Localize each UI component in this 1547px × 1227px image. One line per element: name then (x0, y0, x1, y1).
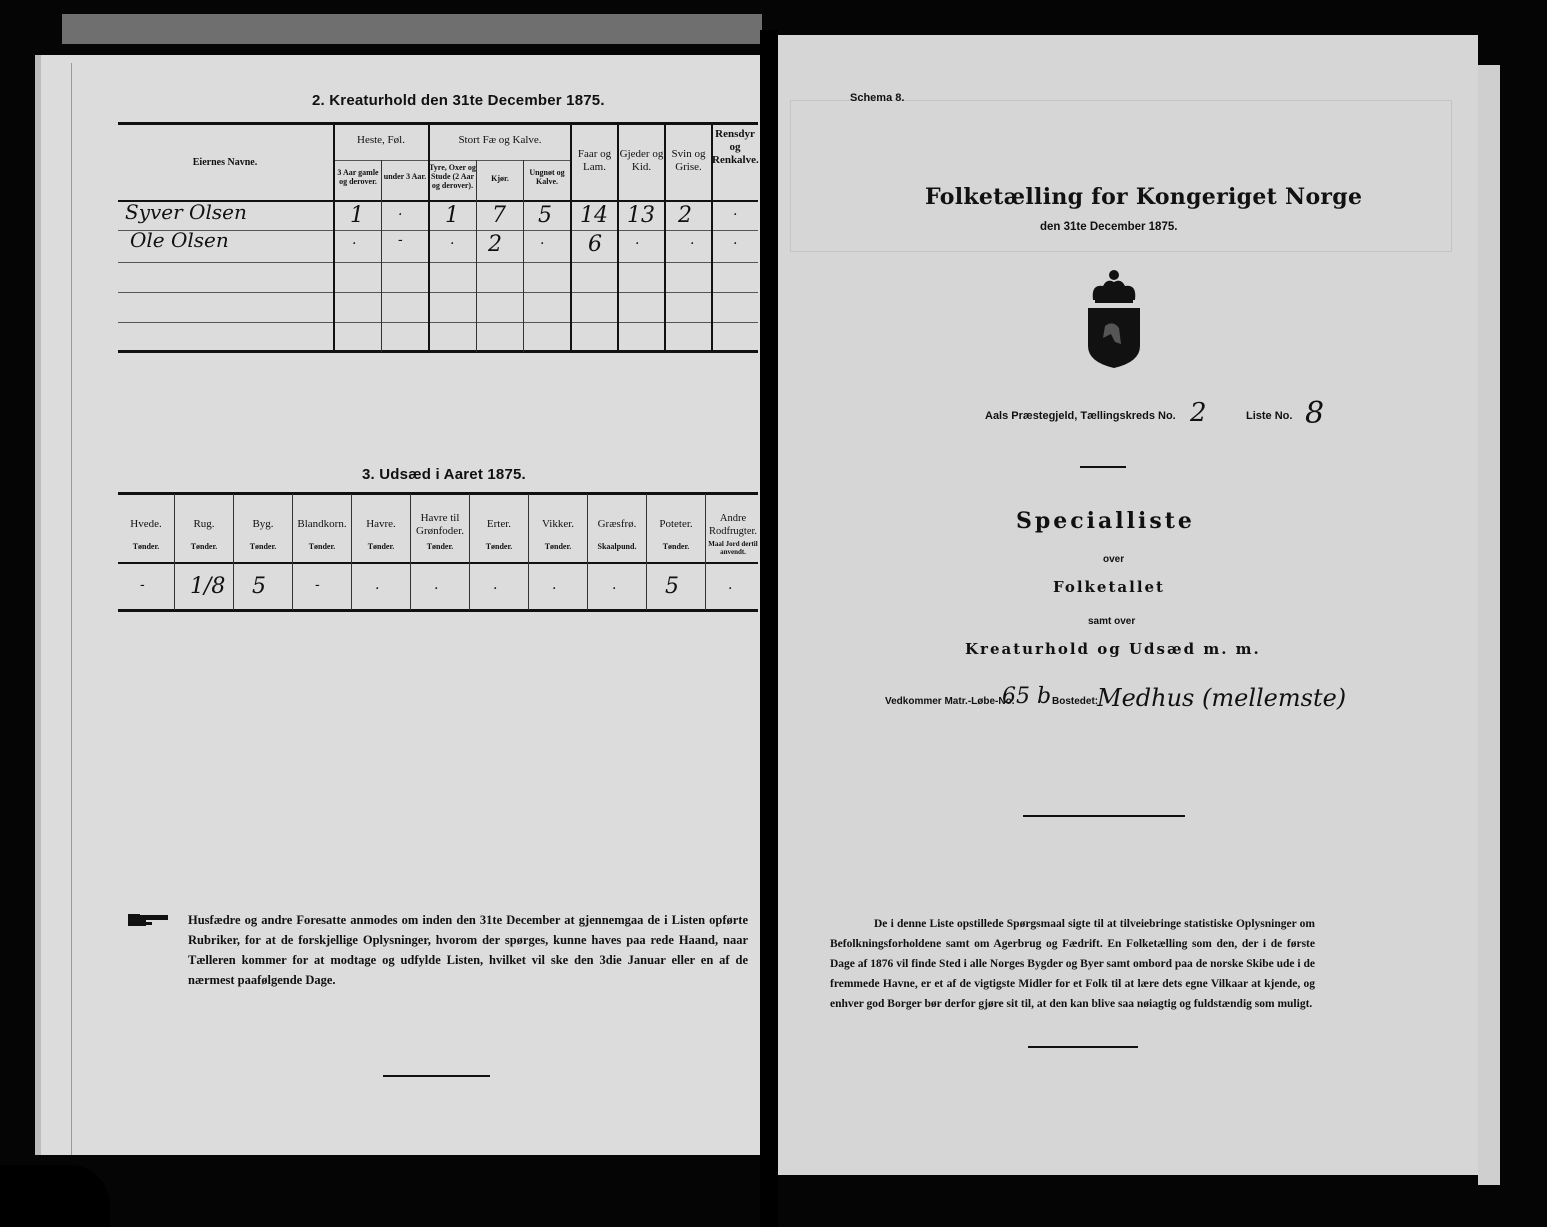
page-edge (1478, 65, 1500, 1185)
census-date: den 31te December 1875. (1040, 221, 1177, 233)
col-mixed-grain-header: Blandkorn. (293, 518, 351, 531)
col-peas-header: Erter. (470, 518, 528, 531)
col-potatoes-header: Poteter. (647, 518, 705, 531)
col-vetch-header: Vikker. (529, 518, 587, 531)
samt-over-label: samt over (1088, 616, 1135, 627)
value-vetch: . (552, 577, 556, 593)
row-rule (118, 262, 758, 263)
divider (1080, 466, 1126, 468)
row2-goats: . (635, 232, 639, 248)
thumb-shadow (0, 1165, 110, 1227)
col-reindeer-header: Rensdyr og Renkalve. (712, 128, 758, 167)
row1-calves: 5 (538, 203, 552, 228)
col-calves-header: Ungnøt og Kalve. (524, 168, 570, 186)
col-rule (233, 494, 234, 610)
table-bottom-rule (118, 350, 758, 353)
specialliste-heading: Specialliste (1016, 508, 1195, 534)
row2-pigs: . (690, 232, 694, 248)
row1-goats: 13 (627, 203, 655, 228)
matr-label: Vedkommer Matr.-Løbe-No. (885, 696, 1014, 707)
census-title: Folketælling for Kongeriget Norge (925, 184, 1362, 210)
book-top-edge (62, 14, 762, 44)
divider (1028, 1046, 1138, 1048)
col-goats-header: Gjeder og Kid. (619, 148, 664, 174)
row1-horses-old: 1 (350, 203, 364, 228)
col-cattle-header: Stort Fæ og Kalve. (430, 134, 570, 147)
matr-number: 65 b (1002, 684, 1051, 709)
col-barley-unit: Tønder. (234, 542, 292, 551)
col-root-crops-header: Andre Rodfrugter. (706, 512, 760, 538)
value-grass-seed: . (612, 577, 616, 593)
value-barley: 5 (252, 574, 266, 599)
col-grass-seed-unit: Skaalpund. (588, 542, 646, 551)
col-pigs-header: Svin og Grise. (666, 148, 711, 174)
col-rule (646, 494, 647, 610)
row2-horses-old: . (352, 232, 356, 248)
col-rule (292, 494, 293, 610)
info-paragraph: De i denne Liste opstillede Spørgsmaal s… (830, 914, 1315, 1014)
col-sheep-header: Faar og Lam. (572, 148, 617, 174)
col-rule (469, 494, 470, 610)
col-horses-header: Heste, Føl. (335, 134, 427, 147)
owner-name-2: Ole Olsen (130, 228, 229, 252)
value-oats: . (375, 577, 379, 593)
book-gutter (760, 30, 778, 1227)
col-barley-header: Byg. (234, 518, 292, 531)
section3-title: 3. Udsæd i Aaret 1875. (362, 466, 526, 483)
row1-sheep: 14 (580, 203, 608, 228)
col-rule (333, 122, 335, 352)
folketallet-label: Folketallet (1053, 578, 1165, 596)
pointing-hand-icon (128, 912, 170, 928)
section2-title: 2. Kreaturhold den 31te December 1875. (312, 92, 605, 109)
col-wheat-header: Hvede. (118, 518, 174, 531)
row1-horses-young: . (398, 203, 402, 219)
value-potatoes: 5 (665, 574, 679, 599)
row1-reindeer: . (733, 203, 737, 219)
row2-sheep: 6 (588, 232, 602, 257)
table-top-rule (118, 492, 758, 495)
row1-cows: 7 (492, 203, 506, 228)
district-number: 2 (1190, 398, 1207, 428)
col-oats-header: Havre. (352, 518, 410, 531)
row2-calves: . (540, 232, 544, 248)
value-rye: 1/8 (190, 574, 225, 599)
row-rule (118, 322, 758, 323)
col-rule (428, 122, 430, 352)
row1-pigs: 2 (678, 203, 692, 228)
table-header-rule (118, 562, 758, 564)
kreaturhold-label: Kreaturhold og Udsæd m. m. (965, 640, 1261, 658)
bosted-value: Medhus (mellemste) (1097, 684, 1346, 712)
col-green-oats-unit: Tønder. (411, 542, 469, 551)
schema-number: Schema 8. (850, 92, 904, 104)
value-mixed-grain: - (315, 577, 320, 593)
value-green-oats: . (434, 577, 438, 593)
end-rule (383, 1075, 490, 1077)
col-rule (381, 160, 382, 352)
row1-bulls: 1 (445, 203, 459, 228)
list-label: Liste No. (1246, 410, 1292, 422)
value-peas: . (493, 577, 497, 593)
row2-reindeer: . (733, 232, 737, 248)
col-green-oats-header: Havre til Grønfoder. (411, 512, 469, 538)
parish-label: Aals Præstegjeld, Tællingskreds No. (985, 410, 1176, 422)
list-number: 8 (1305, 396, 1324, 431)
col-rule (174, 494, 175, 610)
col-rule (351, 494, 352, 610)
col-horses-young-header: under 3 Aar. (382, 172, 428, 181)
row2-cows: 2 (488, 232, 502, 257)
col-peas-unit: Tønder. (470, 542, 528, 551)
table-bottom-rule (118, 609, 758, 612)
col-root-crops-unit: Maal Jord dertil anvendt. (706, 540, 760, 556)
instructions-notice: Husfædre og andre Foresatte anmodes om i… (188, 910, 748, 990)
col-bulls-header: Tyre, Oxer og Stude (2 Aar og derover). (429, 163, 476, 190)
col-rye-unit: Tønder. (175, 542, 233, 551)
col-rule (587, 494, 588, 610)
table-top-rule (118, 122, 758, 125)
col-wheat-unit: Tønder. (118, 542, 174, 551)
col-mixed-grain-unit: Tønder. (293, 542, 351, 551)
col-rye-header: Rug. (175, 518, 233, 531)
over-label: over (1103, 554, 1124, 565)
col-rule (476, 160, 477, 352)
coat-of-arms-icon (1085, 268, 1143, 368)
divider (1023, 815, 1185, 817)
col-owner-header: Eiernes Navne. (150, 156, 300, 169)
row2-horses-young: - (398, 232, 403, 248)
bosted-label: Bostedet: (1052, 696, 1098, 707)
value-root-crops: . (728, 577, 732, 593)
row-rule (118, 292, 758, 293)
col-rule (523, 160, 524, 352)
col-grass-seed-header: Græsfrø. (588, 518, 646, 531)
col-potatoes-unit: Tønder. (647, 542, 705, 551)
owner-name-1: Syver Olsen (125, 200, 247, 224)
col-horses-old-header: 3 Aar gamle og derover. (335, 168, 381, 186)
col-cows-header: Kjør. (477, 174, 523, 183)
value-wheat: - (140, 577, 145, 593)
row2-bulls: . (450, 232, 454, 248)
col-oats-unit: Tønder. (352, 542, 410, 551)
col-rule (528, 494, 529, 610)
table-sub-rule (334, 160, 570, 161)
col-vetch-unit: Tønder. (529, 542, 587, 551)
